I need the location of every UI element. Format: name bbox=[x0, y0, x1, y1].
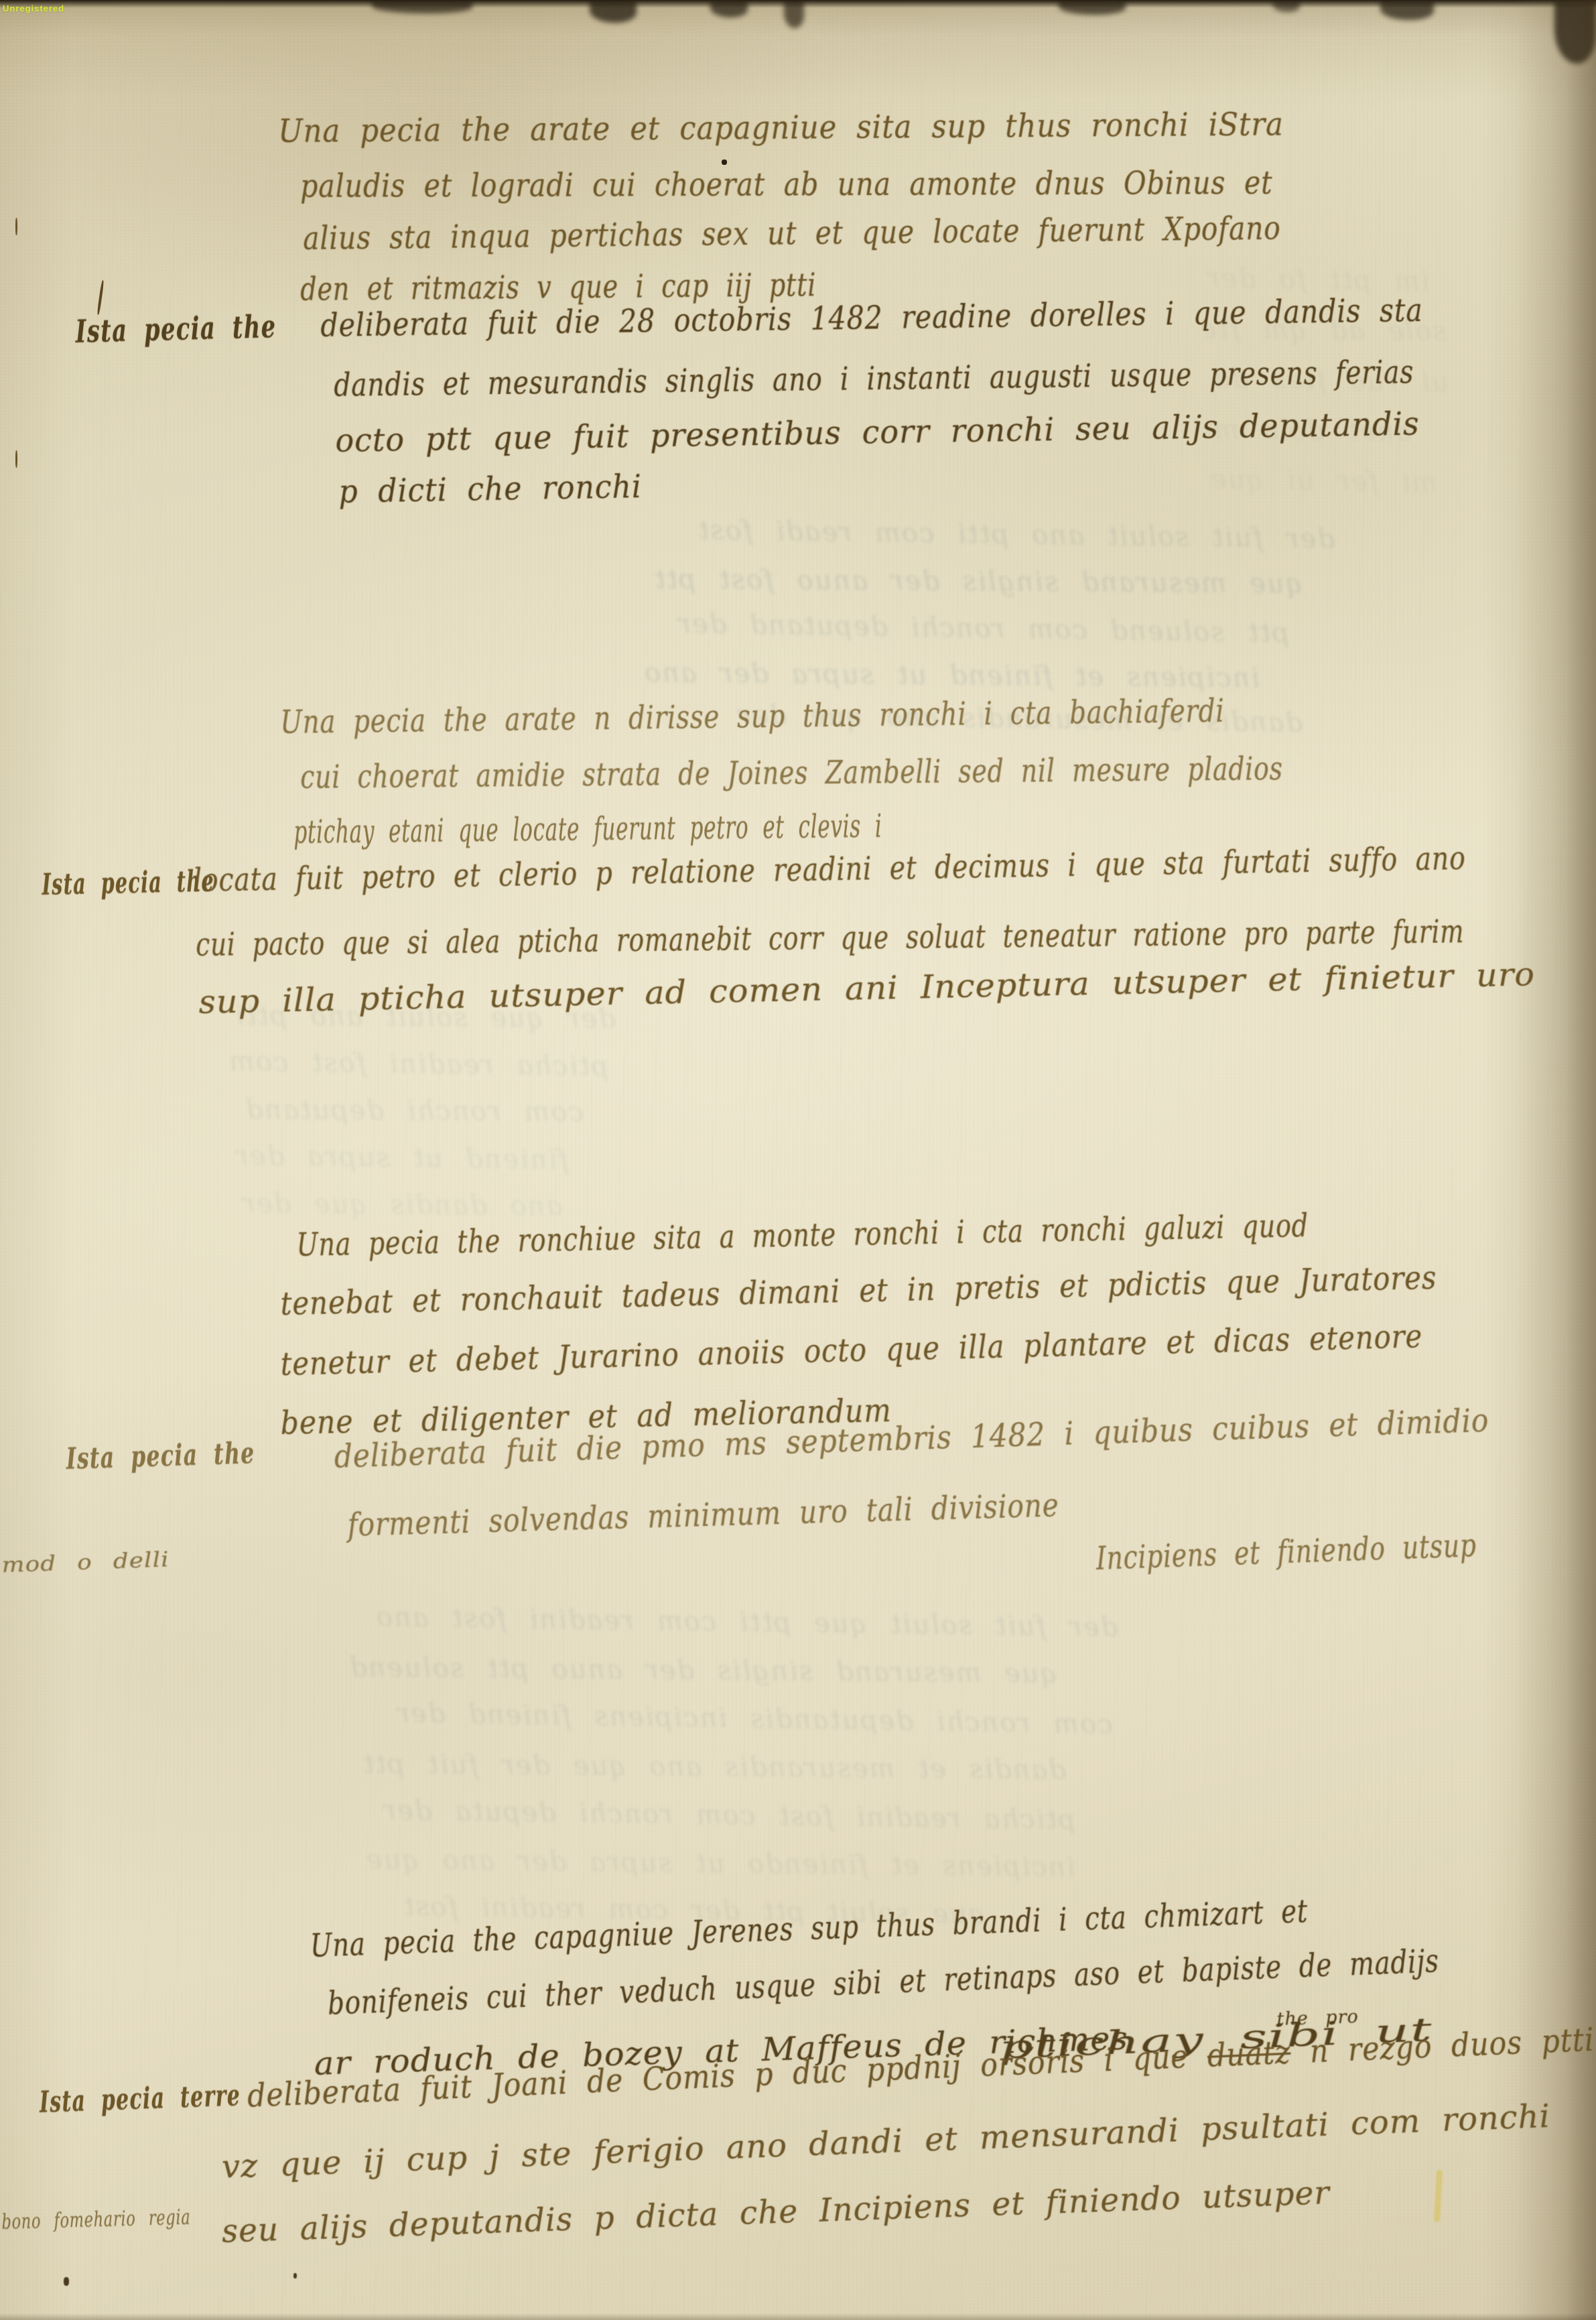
ghost-text-line: mi fer ui que bbox=[1209, 464, 1438, 499]
ink-dot bbox=[722, 159, 727, 165]
ghost-text-line: incipiens et finiendo ut supra der ano q… bbox=[365, 1844, 1075, 1882]
scan-edge-blob bbox=[590, 0, 637, 23]
page-curl-shadow bbox=[1516, 0, 1596, 2320]
margin-note: Ista pecia terre bbox=[39, 2079, 241, 2120]
scanner-watermark: Unregistered bbox=[3, 3, 64, 13]
interlinear-addition: the pro bbox=[1276, 2006, 1359, 2030]
struck-through-word: duatz bbox=[1207, 2034, 1292, 2075]
margin-note-secondary: bono fomehario regia bbox=[1, 2205, 191, 2234]
entry-2-description-line: ptichay etani que locate fuerunt petro e… bbox=[293, 808, 882, 851]
ink-fleck bbox=[64, 2277, 69, 2286]
margin-note-secondary: mod o delli bbox=[1, 1547, 170, 1577]
ghost-text-line: que mesurand singlis der anuo ptt soluen… bbox=[348, 1652, 1058, 1689]
entry-2-lease-line: cui pacto que si alea pticha romanebit c… bbox=[196, 913, 1465, 964]
entry-1-deliberation-line: dandis et mesurandis singlis ano i insta… bbox=[334, 353, 1414, 404]
ghost-text-line: ptt soluend com ronchi deputand der bbox=[677, 608, 1290, 649]
ink-stroke-mark bbox=[96, 280, 104, 315]
ghost-text-line: der fuit soluit que ptti com readini fos… bbox=[375, 1602, 1118, 1642]
ghost-text-line: com ronchi deputand bbox=[245, 1094, 584, 1128]
entry-3-deliberation-fragment: Incipiens et finiendo utsup bbox=[1095, 1527, 1477, 1577]
entry-2-lease-line: sup illa pticha utsuper ad comen ani Inc… bbox=[198, 956, 1535, 1021]
scan-bottom-edge bbox=[0, 2313, 1596, 2320]
ghost-text-line: ano dandis que der bbox=[241, 1188, 563, 1222]
entry-1-deliberation-line: octo ptt que fuit presentibus corr ronch… bbox=[335, 405, 1420, 460]
ghost-text-line: que mesurand singlis der anuo fost ptt bbox=[653, 564, 1303, 600]
entry-4-deliberation-line: seu alijs deputandis p dicta che Incipie… bbox=[221, 2174, 1331, 2250]
entry-3-deliberation-line: formenti solvendas minimum uro tali divi… bbox=[347, 1486, 1059, 1544]
ghost-text-line: incipiens et finiend ut supra der ano bbox=[643, 657, 1260, 694]
ghost-text-line: dandis et mesurandis ano que der fuit pt… bbox=[362, 1748, 1066, 1785]
scan-edge-blob bbox=[1273, 0, 1300, 12]
entry-3-description-line: tenebat et ronchauit tadeus dimani et in… bbox=[280, 1259, 1437, 1323]
ink-fleck bbox=[293, 2273, 297, 2278]
entry-1-description-line: alius sta inqua pertichas sex ut et que … bbox=[303, 210, 1281, 257]
entry-1-description-line: paludis et logradi cui choerat ab una am… bbox=[300, 164, 1273, 205]
entry-3-description-line: tenetur et debet Jurarino anoiis octo qu… bbox=[280, 1317, 1423, 1383]
ghost-text-line: finiend ut supra der bbox=[235, 1141, 569, 1175]
ghost-text-line: pticha readini fost com bbox=[228, 1046, 609, 1082]
ghost-text-line: com ronchi deputandis incipiens finiend … bbox=[395, 1698, 1113, 1740]
scan-edge-blob bbox=[1059, 0, 1126, 15]
ink-fleck bbox=[15, 450, 17, 468]
ghost-text-line: pticha readini fost com ronchi deputa de… bbox=[382, 1795, 1076, 1835]
paper-fiber bbox=[1434, 2170, 1443, 2222]
entry-1-deliberation-line: p dicti che ronchi bbox=[338, 468, 642, 511]
scan-edge-blob bbox=[784, 0, 804, 28]
ghost-text-line: der fuit soluit ano ptti com readi fost bbox=[697, 515, 1335, 554]
scan-edge-blob bbox=[710, 0, 748, 17]
scan-edge-blob bbox=[1380, 0, 1434, 20]
manuscript-page: Unregistered im ptt fo der sole ad qm ft… bbox=[0, 0, 1596, 2320]
entry-2-description-line: cui choerat amidie strata de Joines Zamb… bbox=[300, 750, 1283, 796]
ink-fleck bbox=[15, 218, 17, 235]
margin-note: Ista pecia the bbox=[42, 864, 214, 902]
margin-note: Ista pecia the bbox=[75, 308, 277, 350]
entry-4-deliberation-line: vz que ij cup j ste ferigio ano dandi et… bbox=[221, 2098, 1551, 2186]
scan-edge-blob bbox=[372, 0, 472, 13]
entry-1-description-line: Una pecia the arate et capagniue sita su… bbox=[278, 106, 1284, 150]
margin-note: Ista pecia the bbox=[66, 1436, 255, 1476]
